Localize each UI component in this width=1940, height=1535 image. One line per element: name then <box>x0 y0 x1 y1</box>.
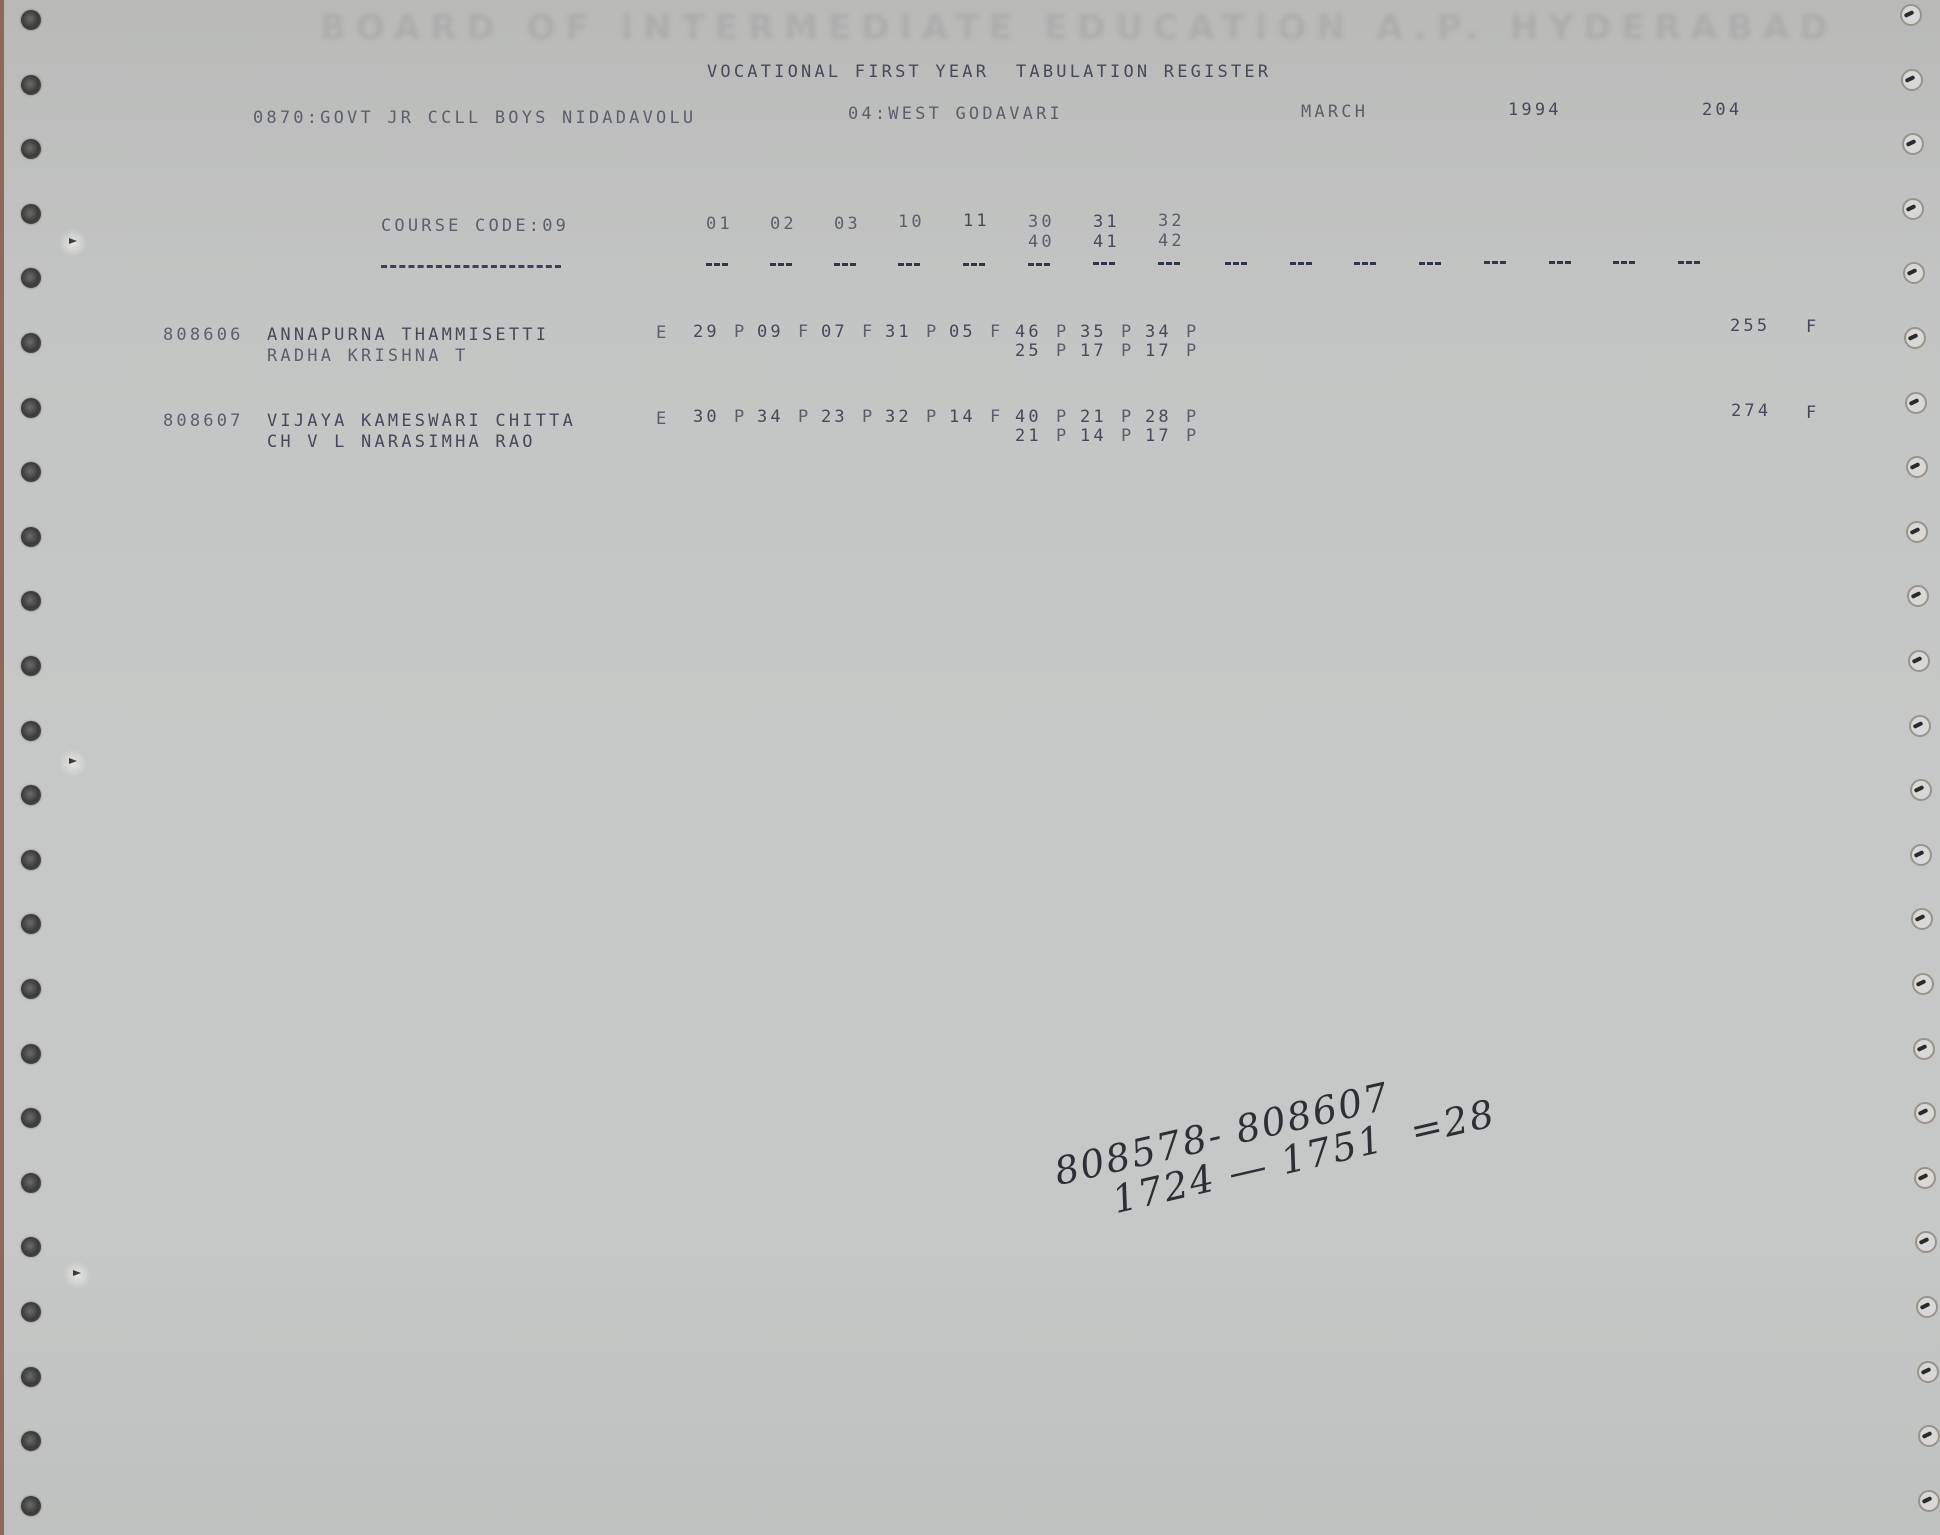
subject-result: P <box>926 322 939 342</box>
sprocket-hole <box>21 1108 41 1128</box>
subject-mark: 28 <box>1145 407 1172 427</box>
column-dash <box>1225 262 1247 268</box>
column-dash <box>706 263 728 269</box>
sprocket-hole <box>1902 133 1924 155</box>
subject-mark: 09 <box>757 322 784 342</box>
column-dash <box>963 263 985 269</box>
subject-result: P <box>1186 322 1199 342</box>
column-dash <box>1158 262 1180 268</box>
sprocket-hole <box>1914 1102 1936 1124</box>
sprocket-hole <box>21 1367 41 1387</box>
subject-result: P <box>1056 426 1069 446</box>
sprocket-hole <box>1907 585 1929 607</box>
subject-mark: 31 <box>885 322 912 342</box>
column-dash <box>1028 263 1050 269</box>
subject-result: P <box>1186 341 1199 361</box>
subject-result: P <box>926 407 939 427</box>
sprocket-hole <box>1918 1425 1940 1447</box>
sprocket-hole <box>21 333 41 353</box>
sprocket-hole <box>21 268 41 288</box>
subject-result: P <box>1186 407 1199 427</box>
subject-mark: 34 <box>757 407 784 427</box>
guardian-name: CH V L NARASIMHA RAO <box>267 432 536 452</box>
sprocket-hole <box>1908 650 1930 672</box>
sprocket-hole <box>1912 973 1934 995</box>
column-dash <box>1290 262 1312 268</box>
page-number: 204 <box>1702 100 1742 120</box>
sprocket-hole <box>21 1237 41 1257</box>
subject-result: P <box>1056 341 1069 361</box>
sprocket-hole <box>1903 262 1925 284</box>
sprocket-hole <box>1901 69 1923 91</box>
subject-mark: 23 <box>821 407 848 427</box>
medium: E <box>656 409 669 429</box>
subject-code: 30 <box>1028 212 1055 232</box>
course-code-underline <box>381 265 561 268</box>
subject-mark: 40 <box>1015 407 1042 427</box>
column-dash <box>1549 261 1571 267</box>
sprocket-hole <box>21 398 41 418</box>
subject-mark: 17 <box>1080 341 1107 361</box>
exam-month: MARCH <box>1301 102 1368 122</box>
sprocket-hole <box>1914 1167 1936 1189</box>
subject-result: F <box>862 322 875 342</box>
column-dash <box>1678 261 1700 267</box>
subject-mark: 30 <box>693 407 720 427</box>
column-dash <box>834 263 856 269</box>
sprocket-hole <box>21 979 41 999</box>
subject-mark: 35 <box>1080 322 1107 342</box>
sprocket-hole <box>1906 521 1928 543</box>
sprocket-hole <box>21 139 41 159</box>
sprocket-hole <box>1902 198 1924 220</box>
subject-mark: 29 <box>693 322 720 342</box>
subject-result: F <box>798 322 811 342</box>
subject-mark: 32 <box>885 407 912 427</box>
subject-mark: 14 <box>949 407 976 427</box>
sprocket-hole <box>21 1496 41 1516</box>
sprocket-hole <box>21 785 41 805</box>
guardian-name: RADHA KRISHNA T <box>267 346 469 366</box>
sprocket-hole <box>1916 1296 1938 1318</box>
sprocket-hole <box>1909 715 1931 737</box>
subject-mark: 46 <box>1015 322 1042 342</box>
course-code-label: COURSE CODE:09 <box>381 216 569 236</box>
subject-code: 31 <box>1093 212 1120 232</box>
subject-mark: 21 <box>1080 407 1107 427</box>
column-dash <box>1419 262 1441 268</box>
subject-code: 02 <box>770 214 797 234</box>
sprocket-hole <box>21 75 41 95</box>
college-name: 0870:GOVT JR CCLL BOYS NIDADAVOLU <box>253 108 696 128</box>
subject-mark: 14 <box>1080 426 1107 446</box>
punch-mark <box>60 228 86 258</box>
sprocket-hole <box>1918 1490 1940 1512</box>
subject-code: 11 <box>963 211 990 231</box>
sprocket-hole <box>21 591 41 611</box>
sprocket-hole <box>21 914 41 934</box>
sprocket-hole <box>21 721 41 741</box>
subject-mark: 05 <box>949 322 976 342</box>
subject-result: P <box>734 407 747 427</box>
punch-mark <box>60 748 86 778</box>
final-result: F <box>1806 317 1819 337</box>
subject-code: 40 <box>1028 232 1055 252</box>
subject-mark: 21 <box>1015 426 1042 446</box>
sprocket-hole <box>1917 1361 1939 1383</box>
subject-code: 10 <box>898 212 925 232</box>
paper-left-edge <box>0 0 4 1535</box>
subject-result: P <box>1056 407 1069 427</box>
subject-mark: 17 <box>1145 426 1172 446</box>
sprocket-hole <box>1913 1038 1935 1060</box>
sprocket-hole <box>21 1173 41 1193</box>
subject-result: P <box>1121 426 1134 446</box>
subject-code: 03 <box>834 214 861 234</box>
sprocket-hole <box>21 1044 41 1064</box>
column-dash <box>1613 261 1635 267</box>
column-dash <box>898 263 920 269</box>
sprocket-hole <box>1905 392 1927 414</box>
candidate-name: VIJAYA KAMESWARI CHITTA <box>267 411 576 431</box>
column-dash <box>770 263 792 269</box>
medium: E <box>656 323 669 343</box>
subject-result: P <box>1186 426 1199 446</box>
sprocket-hole <box>1911 908 1933 930</box>
sprocket-hole <box>1910 844 1932 866</box>
subject-result: F <box>990 407 1003 427</box>
total-marks: 274 <box>1731 401 1771 421</box>
subject-code: 41 <box>1093 232 1120 252</box>
district-name: 04:WEST GODAVARI <box>848 104 1063 124</box>
candidate-name: ANNAPURNA THAMMISETTI <box>267 325 549 345</box>
column-dash <box>1093 262 1115 268</box>
punch-mark <box>64 1260 90 1290</box>
roll-number: 808606 <box>163 325 244 345</box>
roll-number: 808607 <box>163 411 244 431</box>
subject-result: P <box>862 407 875 427</box>
final-result: F <box>1806 403 1819 423</box>
subject-result: P <box>1121 407 1134 427</box>
tabulation-register-page: BOARD OF INTERMEDIATE EDUCATION A.P. HYD… <box>0 0 1940 1535</box>
sprocket-hole <box>21 10 41 30</box>
sprocket-hole <box>1904 327 1926 349</box>
subject-result: P <box>1056 322 1069 342</box>
column-dash <box>1484 261 1506 267</box>
subject-code: 42 <box>1158 231 1185 251</box>
sprocket-hole <box>21 527 41 547</box>
subject-result: F <box>990 322 1003 342</box>
subject-result: P <box>1121 322 1134 342</box>
subject-result: P <box>798 407 811 427</box>
subject-result: P <box>1121 341 1134 361</box>
sprocket-hole <box>21 462 41 482</box>
subject-mark: 07 <box>821 322 848 342</box>
subject-result: P <box>734 322 747 342</box>
ghost-header-show-through: BOARD OF INTERMEDIATE EDUCATION A.P. HYD… <box>320 8 1640 48</box>
subject-mark: 17 <box>1145 341 1172 361</box>
sprocket-hole <box>21 1302 41 1322</box>
exam-year: 1994 <box>1508 100 1562 120</box>
sprocket-hole <box>1915 1231 1937 1253</box>
subject-mark: 25 <box>1015 341 1042 361</box>
subject-code: 01 <box>706 214 733 234</box>
sprocket-hole <box>1900 4 1922 26</box>
register-title: VOCATIONAL FIRST YEAR TABULATION REGISTE… <box>707 62 1271 82</box>
total-marks: 255 <box>1730 316 1770 336</box>
sprocket-hole <box>1910 779 1932 801</box>
sprocket-hole <box>21 850 41 870</box>
sprocket-hole <box>21 204 41 224</box>
subject-code: 32 <box>1158 211 1185 231</box>
column-dash <box>1354 262 1376 268</box>
sprocket-hole <box>21 1431 41 1451</box>
sprocket-hole <box>1906 456 1928 478</box>
sprocket-hole <box>21 656 41 676</box>
subject-mark: 34 <box>1145 322 1172 342</box>
